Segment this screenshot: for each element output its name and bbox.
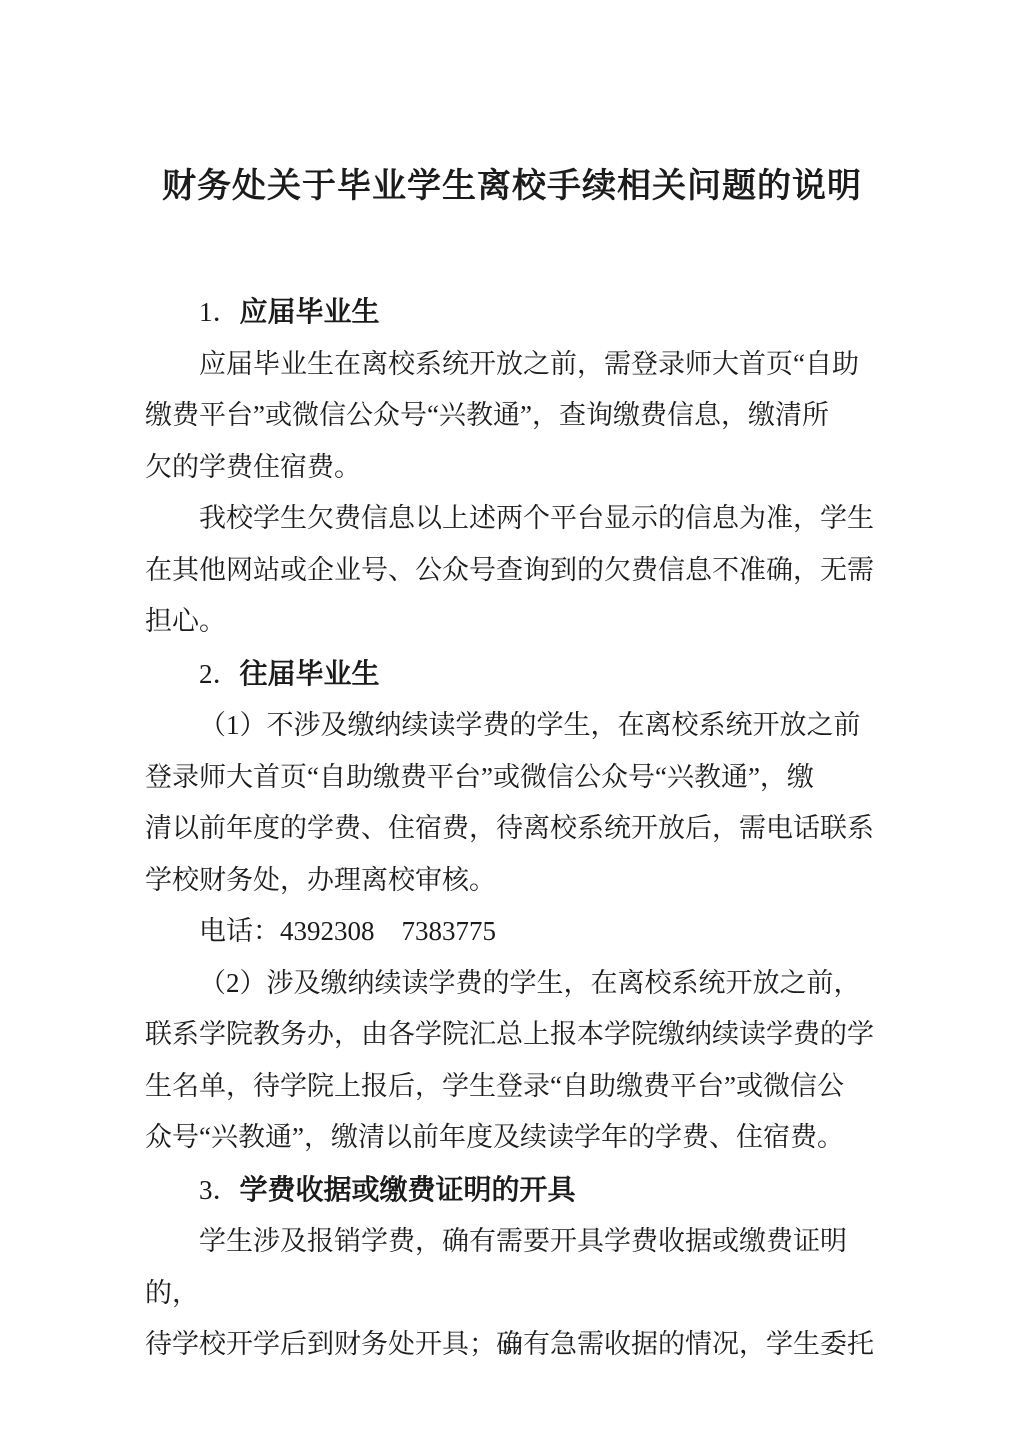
document-title: 财务处关于毕业学生离校手续相关问题的说明 xyxy=(0,0,1024,208)
section-former-graduates: 2．往届毕业生 （1）不涉及缴纳续读学费的学生，在离校系统开放之前 登录师大首页… xyxy=(145,648,886,1164)
section-2-heading-text: 往届毕业生 xyxy=(240,658,380,689)
text-line: （1）不涉及缴纳续读学费的学生，在离校系统开放之前 xyxy=(145,700,886,752)
text-line: 生名单，待学院上报后，学生登录“自助缴费平台”或微信公 xyxy=(145,1061,886,1113)
section-3-heading-text: 学费收据或缴费证明的开具 xyxy=(240,1174,576,1205)
text-line: 众号“兴教通”，缴清以前年度及续读学年的学费、住宿费。 xyxy=(145,1112,886,1164)
text-line: 我校学生欠费信息以上述两个平台显示的信息为准，学生 xyxy=(145,493,886,545)
document-page: 财务处关于毕业学生离校手续相关问题的说明 1．应届毕业生 应届毕业生在离校系统开… xyxy=(0,0,1024,1447)
text-line: 学校财务处，办理离校审核。 xyxy=(145,855,886,907)
text-line: 缴费平台”或微信公众号“兴教通”，查询缴费信息，缴清所 xyxy=(145,390,886,442)
text-line: （2）涉及缴纳续读学费的学生，在离校系统开放之前， xyxy=(145,958,886,1010)
section-1-heading-text: 应届毕业生 xyxy=(240,296,380,327)
text-line: 清以前年度的学费、住宿费，待离校系统开放后，需电话联系 xyxy=(145,803,886,855)
text-line: 学生涉及报销学费，确有需要开具学费收据或缴费证明的， xyxy=(145,1216,886,1319)
text-line: 应届毕业生在离校系统开放之前，需登录师大首页“自助 xyxy=(145,339,886,391)
section-2-heading: 2．往届毕业生 xyxy=(145,648,886,701)
section-1-heading: 1．应届毕业生 xyxy=(145,286,886,339)
section-1-heading-number: 1． xyxy=(199,297,240,327)
text-line: 担心。 xyxy=(145,596,886,648)
document-body: 1．应届毕业生 应届毕业生在离校系统开放之前，需登录师大首页“自助 缴费平台”或… xyxy=(0,286,1024,1371)
section-current-graduates: 1．应届毕业生 应届毕业生在离校系统开放之前，需登录师大首页“自助 缴费平台”或… xyxy=(145,286,886,648)
section-3-heading-number: 3． xyxy=(199,1175,240,1205)
phone-line: 电话：4392308 7383775 xyxy=(145,906,886,958)
section-2-heading-number: 2． xyxy=(199,659,240,689)
text-line: 欠的学费住宿费。 xyxy=(145,442,886,494)
text-line: 登录师大首页“自助缴费平台”或微信公众号“兴教通”，缴 xyxy=(145,752,886,804)
text-line: 在其他网站或企业号、公众号查询到的欠费信息不准确，无需 xyxy=(145,545,886,597)
page-number: 57 xyxy=(0,1337,1024,1361)
text-line: 联系学院教务办，由各学院汇总上报本学院缴纳续读学费的学 xyxy=(145,1009,886,1061)
section-3-heading: 3．学费收据或缴费证明的开具 xyxy=(145,1164,886,1217)
